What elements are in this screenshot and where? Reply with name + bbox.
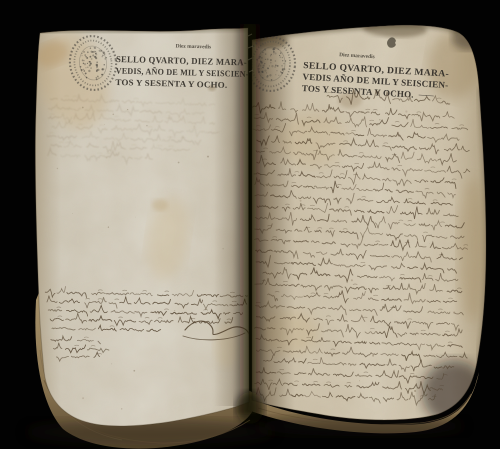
ink-speck xyxy=(371,165,372,166)
ink-speck xyxy=(290,208,291,209)
ink-speck xyxy=(133,370,135,372)
stamp-header-small-line: Diez maravedis xyxy=(176,44,212,51)
ink-speck xyxy=(72,213,73,214)
ink-speck xyxy=(207,156,209,158)
ink-speck xyxy=(146,125,148,127)
ink-speck xyxy=(405,110,407,112)
ink-speck xyxy=(372,355,374,357)
ink-speck xyxy=(128,312,129,313)
ink-speck xyxy=(463,248,464,249)
right-page-content: Diez maravedis SELLO QVARTO, DIEZ MARA- … xyxy=(244,18,493,424)
ink-speck xyxy=(57,168,58,169)
ink-speck xyxy=(121,408,122,409)
ink-speck xyxy=(104,124,105,125)
ink-speck xyxy=(359,380,360,381)
ink-speck xyxy=(429,243,430,244)
ink-speck xyxy=(82,397,84,399)
ink-speck xyxy=(329,134,331,136)
book-gutter-shadow xyxy=(233,24,267,414)
ink-speck xyxy=(108,226,109,227)
manuscript-scene: Diez maravedis SELLO QVARTO, DIEZ MARA- … xyxy=(0,0,500,449)
ink-speck xyxy=(112,113,114,115)
stain xyxy=(458,178,486,322)
ink-speck xyxy=(358,342,360,344)
ink-speck xyxy=(174,310,175,311)
manuscript-photo: Diez maravedis SELLO QVARTO, DIEZ MARA- … xyxy=(0,0,500,449)
ink-speck xyxy=(390,258,391,259)
stain xyxy=(152,199,168,211)
ink-speck xyxy=(453,312,455,314)
ink-speck xyxy=(359,178,361,180)
ink-speck xyxy=(178,162,180,164)
ink-speck xyxy=(223,248,224,249)
ink-speck xyxy=(300,200,302,202)
ink-speck xyxy=(135,217,136,218)
stamp-header-rule: —— xyxy=(417,90,435,100)
ink-speck xyxy=(467,366,468,367)
ink-speck xyxy=(379,119,380,120)
gutter-bottom-shadow xyxy=(236,392,264,424)
ink-speck xyxy=(111,364,112,365)
ink-speck xyxy=(127,109,128,110)
ink-speck xyxy=(414,390,416,392)
gutter xyxy=(233,24,267,424)
ink-speck xyxy=(288,241,290,243)
ink-speck xyxy=(351,279,353,281)
ink-speck xyxy=(82,107,84,109)
